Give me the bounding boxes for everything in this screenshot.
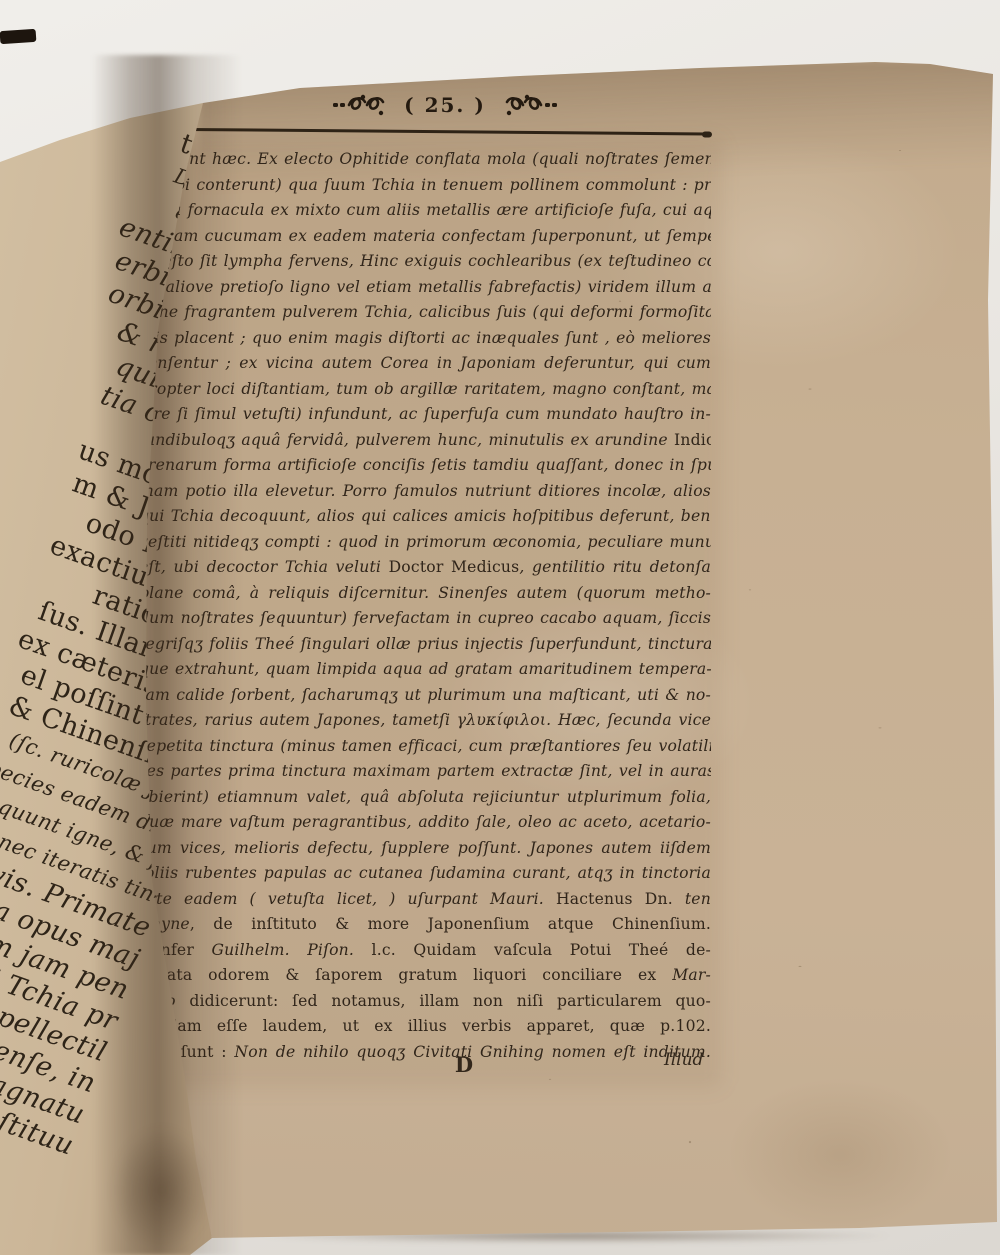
text-line: hæc ſunt : Non de nihilo quoqʒ Civitati … [139, 1040, 711, 1066]
text-line: illis placent ; quo enim magis diſtorti … [139, 326, 711, 352]
text-line: ſtinata odorem & ſaporem gratum liquori … [139, 963, 711, 989]
text-line: tinio didicerunt: ſed notamus, illam non… [139, 989, 711, 1015]
text-line: nu aliove pretioſo ligno vel etiam metal… [139, 275, 711, 301]
left-page-line-fragment: minora pretii diſ [0, 0, 260, 80]
text-line: præſto ſit lympha fervens, Hinc exiguis … [139, 249, 711, 275]
text-line: fundibuloqʒ aquâ fervidâ, pulverem hunc,… [139, 428, 711, 454]
page-number: ( 25. ) [404, 93, 486, 117]
text-line: repetita tinctura (minus tamen efficaci,… [139, 734, 711, 760]
catchword: Illud [664, 1050, 703, 1070]
text-line: Confer Guilhelm. Piſon. l.c. Quidam vaſc… [139, 938, 711, 964]
fleuron-icon [333, 92, 395, 118]
text-line: terea fornacula ex mixto cum aliis metal… [139, 198, 711, 224]
page-header: ( 25. ) [305, 86, 585, 124]
text-line: propter loci diſtantiam, tum ob argillæ … [139, 377, 711, 403]
text-line: veſtiti nitideqʒ compti : quod in primor… [139, 530, 711, 556]
text-line: tegriſqʒ foliis Theé ſingulari ollæ priu… [139, 632, 711, 658]
text-line: que extrahunt, quam limpida aqua ad grat… [139, 657, 711, 683]
text-line: Sinapi conterunt) qua ſuum Tchia in tenu… [139, 173, 711, 199]
text-line: ſtrates, rarius autem Japones, tametſi γ… [139, 708, 711, 734]
text-line: rundam eſſe laudem, ut ex illius verbis … [139, 1014, 711, 1040]
text-line: tur, ſunt hæc. Ex electo Ophitide confla… [139, 147, 711, 173]
fleuron-icon [495, 92, 557, 118]
text-line: Rhyne, de inſtituto & more Japonenſium a… [139, 912, 711, 938]
text-line: qui Tchia decoquunt, alios qui calices a… [139, 504, 711, 530]
text-line: foliis rubentes papulas ac cutanea ſudam… [139, 861, 711, 887]
text-line: dum noſtrates ſequuntur) fervefactam in … [139, 606, 711, 632]
text-line: cenſentur ; ex vicina autem Corea in Jap… [139, 351, 711, 377]
text-line: arte eadem ( vetuſta licet, ) uſurpant M… [139, 887, 711, 913]
text-line: jore ſi ſimul vetuſti) infundunt, ac ſup… [139, 402, 711, 428]
text-line: plenam cucumam ex eadem materia confecta… [139, 224, 711, 250]
text-line: bene fragrantem pulverem Tchia, calicibu… [139, 300, 711, 326]
text-line: eſt, ubi decoctor Tchia veluti Doctor Me… [139, 555, 711, 581]
text-line: abierint) etiamnum valet, quâ abſoluta r… [139, 785, 711, 811]
text-line: plane comâ, à reliquis diſcernitur. Sine… [139, 581, 711, 607]
text-line: res partes prima tinctura maximam partem… [139, 759, 711, 785]
text-line: quæ mare vaſtum peragrantibus, addito ſa… [139, 810, 711, 836]
header-rule [134, 127, 708, 135]
book-photo: minora pretii diſs, facile tollit.chia l… [0, 0, 1000, 1255]
left-page-ornament-fragment [0, 29, 36, 44]
text-line: crenarum forma artificioſe conciſis ſeti… [139, 453, 711, 479]
text-line: tam calide ſorbent, ſacharumqʒ ut plurim… [139, 683, 711, 709]
text-line: rum vices, melioris defectu, ſupplere po… [139, 836, 711, 862]
left-page-line-fragment: s, facile tollit. [0, 0, 260, 112]
text-line: mam potio illa elevetur. Porro famulos n… [139, 479, 711, 505]
body-text: tur, ſunt hæc. Ex electo Ophitide confla… [139, 147, 711, 1065]
gathering-signature: D [449, 1052, 479, 1077]
